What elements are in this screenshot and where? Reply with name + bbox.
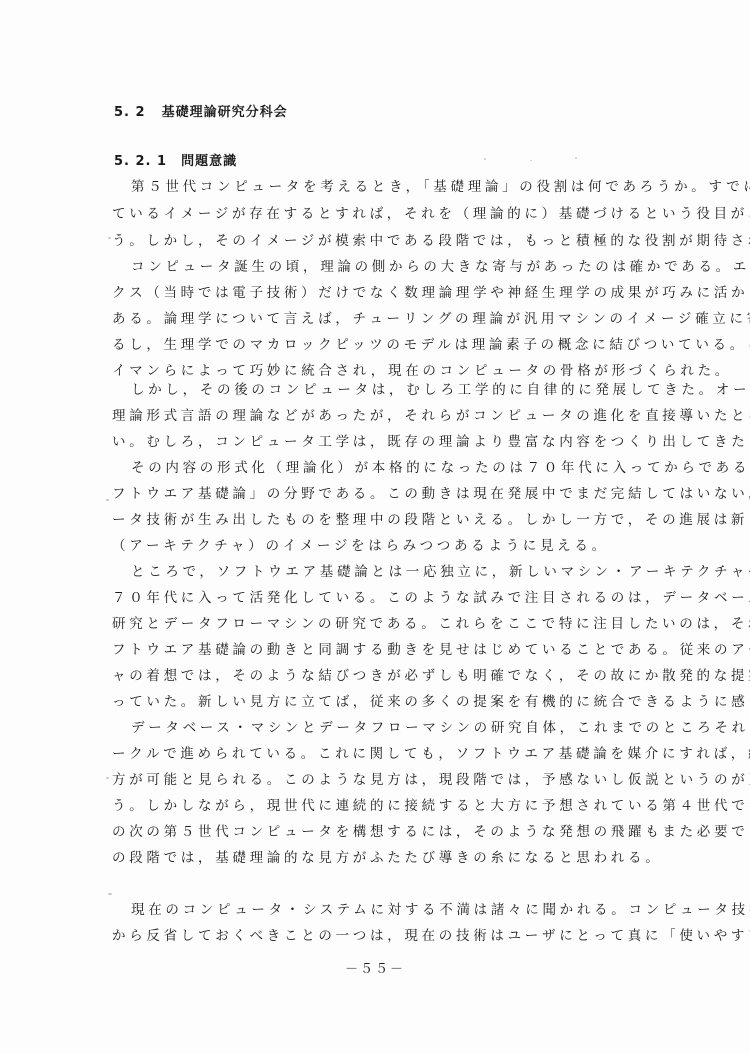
paragraph-line: う。しかし，そのイメージが模索中である段階では，もっと積極的な役割が期待されよう… xyxy=(112,232,692,250)
page-number: －５５－ xyxy=(0,958,750,977)
scan-speck xyxy=(106,777,109,779)
scan-speck xyxy=(575,157,577,159)
subsection-title: 問題意識 xyxy=(181,154,237,169)
scan-speck xyxy=(106,499,109,501)
section-title: 基礎理論研究分科会 xyxy=(162,105,288,120)
paragraph-line: ータ技術が生み出したものを整理中の段階といえる。しかし一方で，その進展は新しいマ… xyxy=(112,511,692,529)
paragraph-line: う。しかしながら，現世代に連続的に接続すると大方に予想されている第４世代ではなく… xyxy=(112,797,692,815)
scan-speck xyxy=(108,237,111,239)
paragraph-line: ているイメージが存在するとすれば，それを（理論的に）基礎づけるという役目があるで… xyxy=(112,205,692,223)
paragraph-line: 研究とデータフローマシンの研究である。これらをここで特に注目したいのは，それらが… xyxy=(112,615,692,633)
paragraph-line: ャの着想では，そのような結びつきが必ずしも明確でなく，その故にか散発的な提案にと… xyxy=(112,667,692,685)
paragraph-line: っていた。新しい見方に立てば，従来の多くの提案を有機的に統合できるように感じられ… xyxy=(112,693,692,711)
paragraph-line: クス（当時では電子技術）だけでなく数理論理学や神経生理学の成果が巧みに活かされた… xyxy=(112,284,692,302)
paragraph-line: ７０年代に入って活発化している。このような試みで注目されるのは，データベース・マ… xyxy=(112,589,692,607)
paragraph-line: データベース・マシンとデータフローマシンの研究自体，これまでのところそれぞれ別個… xyxy=(131,719,711,737)
paragraph-line: しかし，その後のコンピュータは，むしろ工学的に自律的に発展してきた。オートマトン… xyxy=(131,381,711,399)
paragraph-line: の次の第５世代コンピュータを構想するには，そのような発想の飛躍もまた必要であろう… xyxy=(112,823,692,841)
paragraph-line: フトウエア基礎論」の分野である。この動きは現在発展中でまだ完結してはいない。コン… xyxy=(112,485,692,503)
paragraph-line: （アーキテクチャ）のイメージをはらみつつあるように見える。 xyxy=(112,537,692,555)
paragraph-line: ある。論理学について言えば，チューリングの理論が汎用マシンのイメージ確立に寄与し… xyxy=(112,310,692,328)
paragraph-line: その内容の形式化（理論化）が本格的になったのは７０年代に入ってからである。これは… xyxy=(131,459,711,477)
paragraph-line: フトウエア基礎論の動きと同調する動きを見せはじめていることである。従来のアーキテ… xyxy=(112,641,692,659)
paragraph-line: 第５世代コンピュータを考えるとき，「基礎理論」の役割は何であろうか。すでに提案さ… xyxy=(131,178,711,196)
scan-speck xyxy=(484,158,486,160)
paragraph-line: 現在のコンピュータ・システムに対する不満は諸々に聞かれる。コンピュータ技術のサイ… xyxy=(131,901,711,919)
paragraph-line: 方が可能と見られる。このような見方は，現段階では，予感ないし仮説というのが正直で… xyxy=(112,771,692,789)
paragraph-line: 理論形式言語の理論などがあったが，それらがコンピュータの進化を直接導いたとはいい… xyxy=(112,407,692,425)
scan-speck xyxy=(108,893,112,895)
subsection-heading: 5. 2. 1問題意識 xyxy=(114,150,237,169)
paragraph-line: ークルで進められている。これに関しても，ソフトウエア基礎論を媒介にすれば，統一的… xyxy=(112,745,692,763)
paragraph-line: の段階では，基礎理論的な見方がふたたび導きの糸になると思われる。 xyxy=(112,849,692,867)
section-number: 5. 2 xyxy=(114,105,146,120)
paragraph-line: イマンらによって巧妙に統合され，現在のコンピュータの骨格が形づくられた。 xyxy=(112,362,692,380)
document-page: 5. 2基礎理論研究分科会 5. 2. 1問題意識 第５世代コンピュータを考える… xyxy=(0,0,750,1054)
section-heading: 5. 2基礎理論研究分科会 xyxy=(114,101,288,120)
paragraph-line: るし，生理学でのマカロックピッツのモデルは理論素子の概念に結びついている。これら… xyxy=(112,336,692,354)
paragraph-line: コンピュータ誕生の頃，理論の側からの大きな寄与があったのは確かである。エレクトロ… xyxy=(131,258,711,276)
paragraph-line: い。むしろ，コンピュータ工学は，既存の理論より豊富な内容をつくり出してきたといえ… xyxy=(112,433,692,451)
paragraph-line: から反省しておくべきことの一つは，現在の技術はユーザにとって真に「使いやすい」と… xyxy=(112,927,692,945)
scan-speck xyxy=(530,160,532,161)
subsection-number: 5. 2. 1 xyxy=(114,154,167,169)
paragraph-line: ところで，ソフトウエア基礎論とは一応独立に，新しいマシン・アーキテクチャへの模索… xyxy=(131,563,711,581)
